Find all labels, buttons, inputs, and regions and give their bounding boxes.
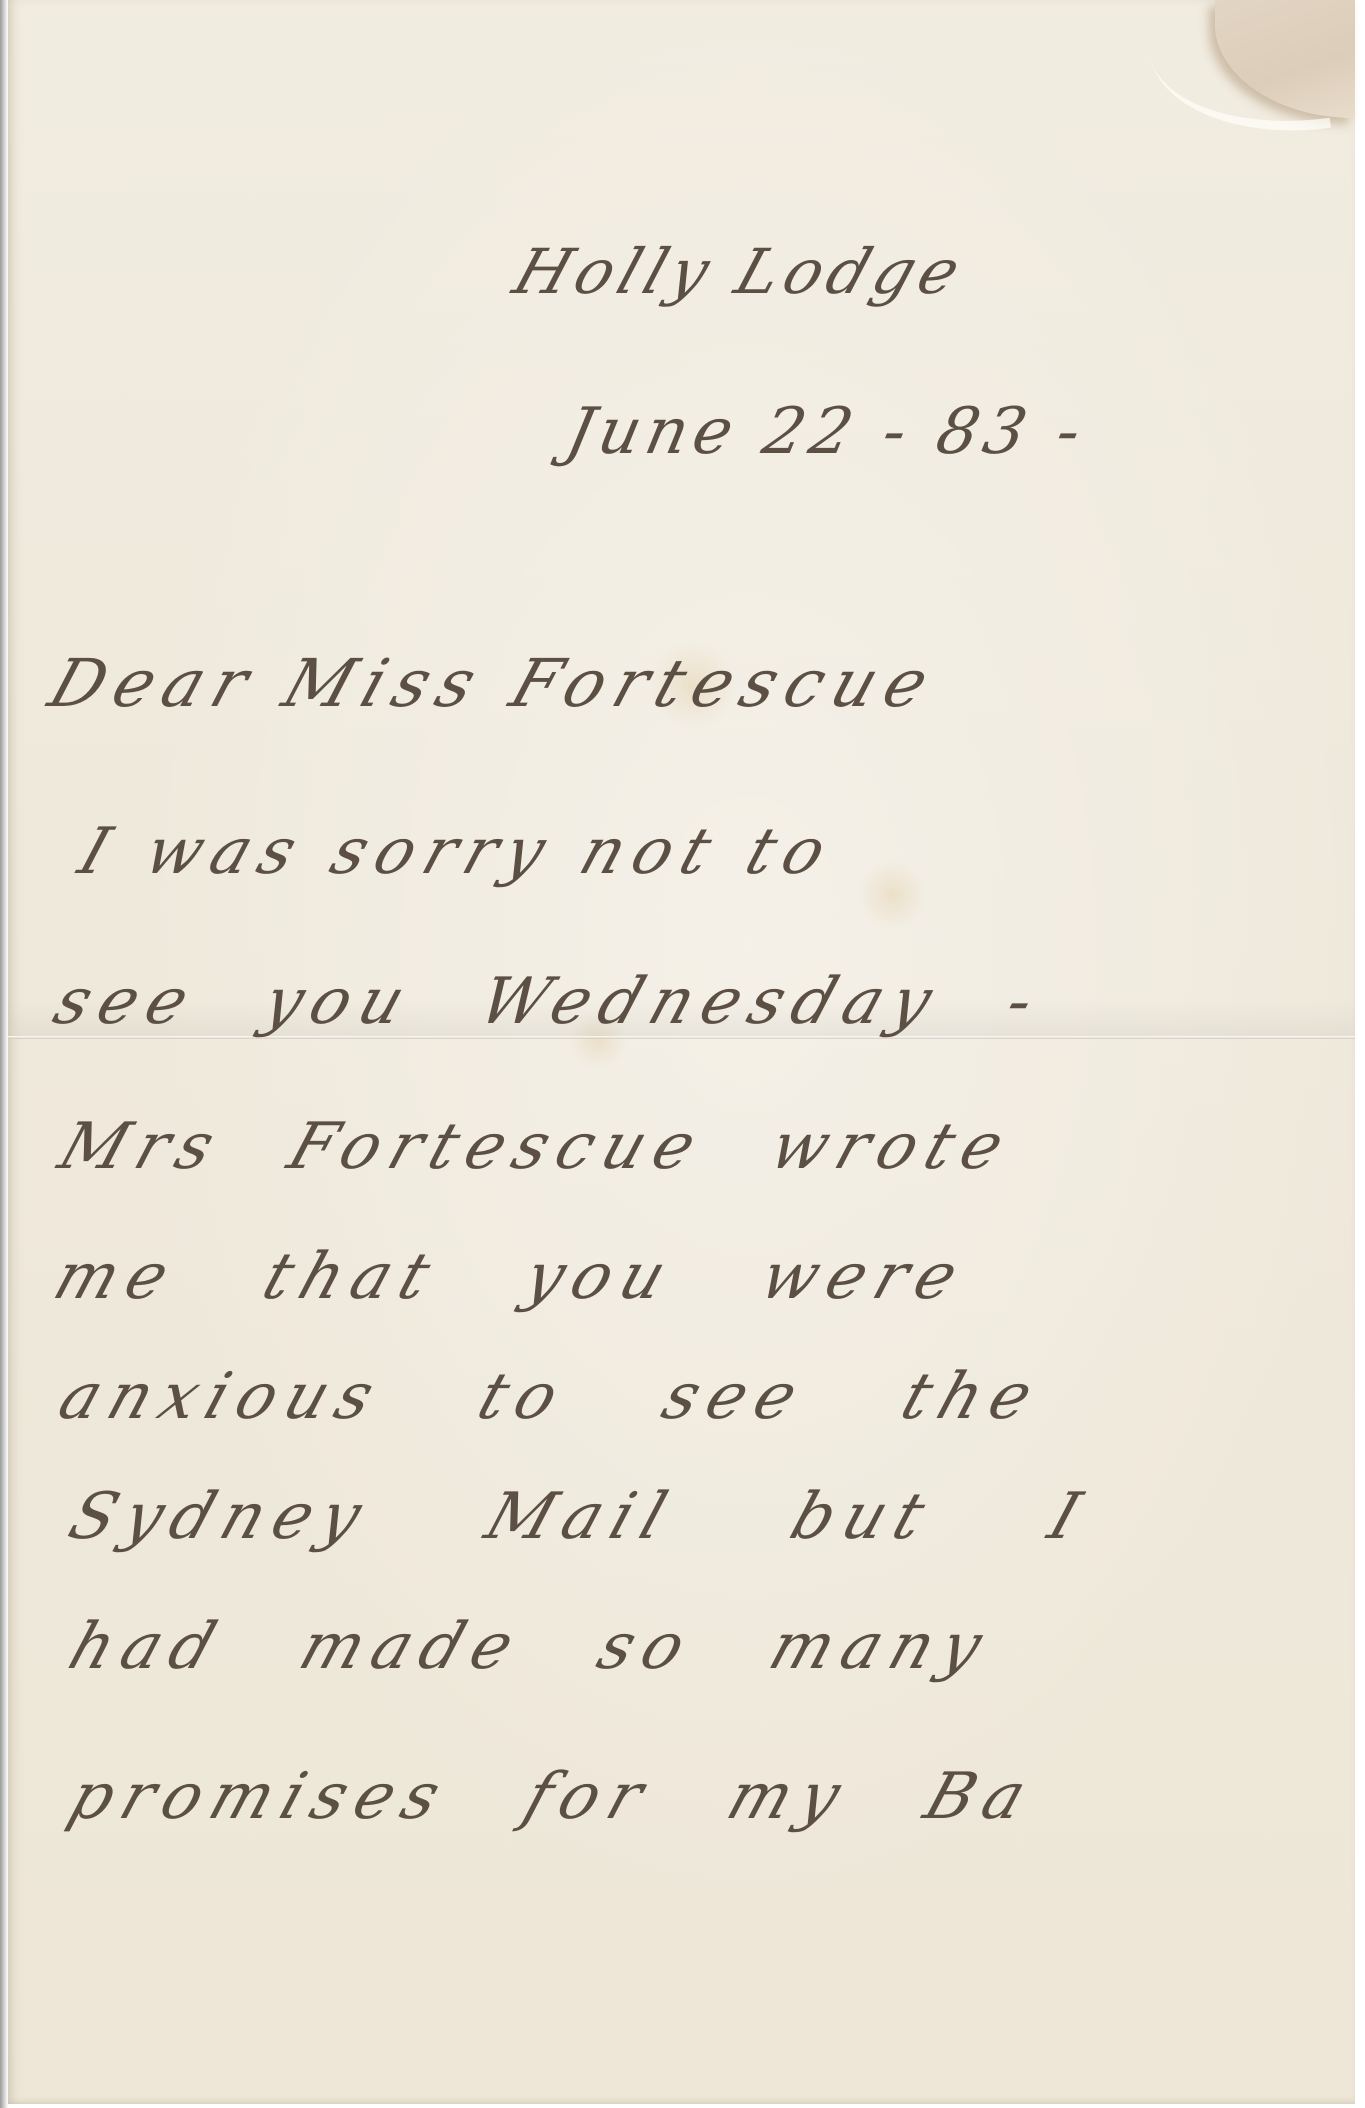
letter-address: Holly Lodge (505, 235, 975, 308)
letter-body-line: see you Wednesday - (45, 965, 1053, 1039)
letter-body-line: promises for my Ba (60, 1760, 1045, 1834)
letter-body-line: Mrs Fortescue wrote (50, 1110, 1023, 1184)
letter-body-line: I was sorry not to (70, 815, 845, 889)
letter-body-line: me that you were (45, 1240, 976, 1314)
letter-date: June 22 - 83 - (560, 395, 1093, 469)
letter-body-line: had made so many (60, 1610, 1001, 1684)
letter-body-line: anxious to see the (50, 1360, 1051, 1434)
letter-salutation: Dear Miss Fortescue (40, 645, 948, 722)
letter-body-line: Sydney Mail but I (60, 1480, 1099, 1554)
paper-stain (858, 860, 928, 930)
scan-edge (0, 0, 8, 2108)
